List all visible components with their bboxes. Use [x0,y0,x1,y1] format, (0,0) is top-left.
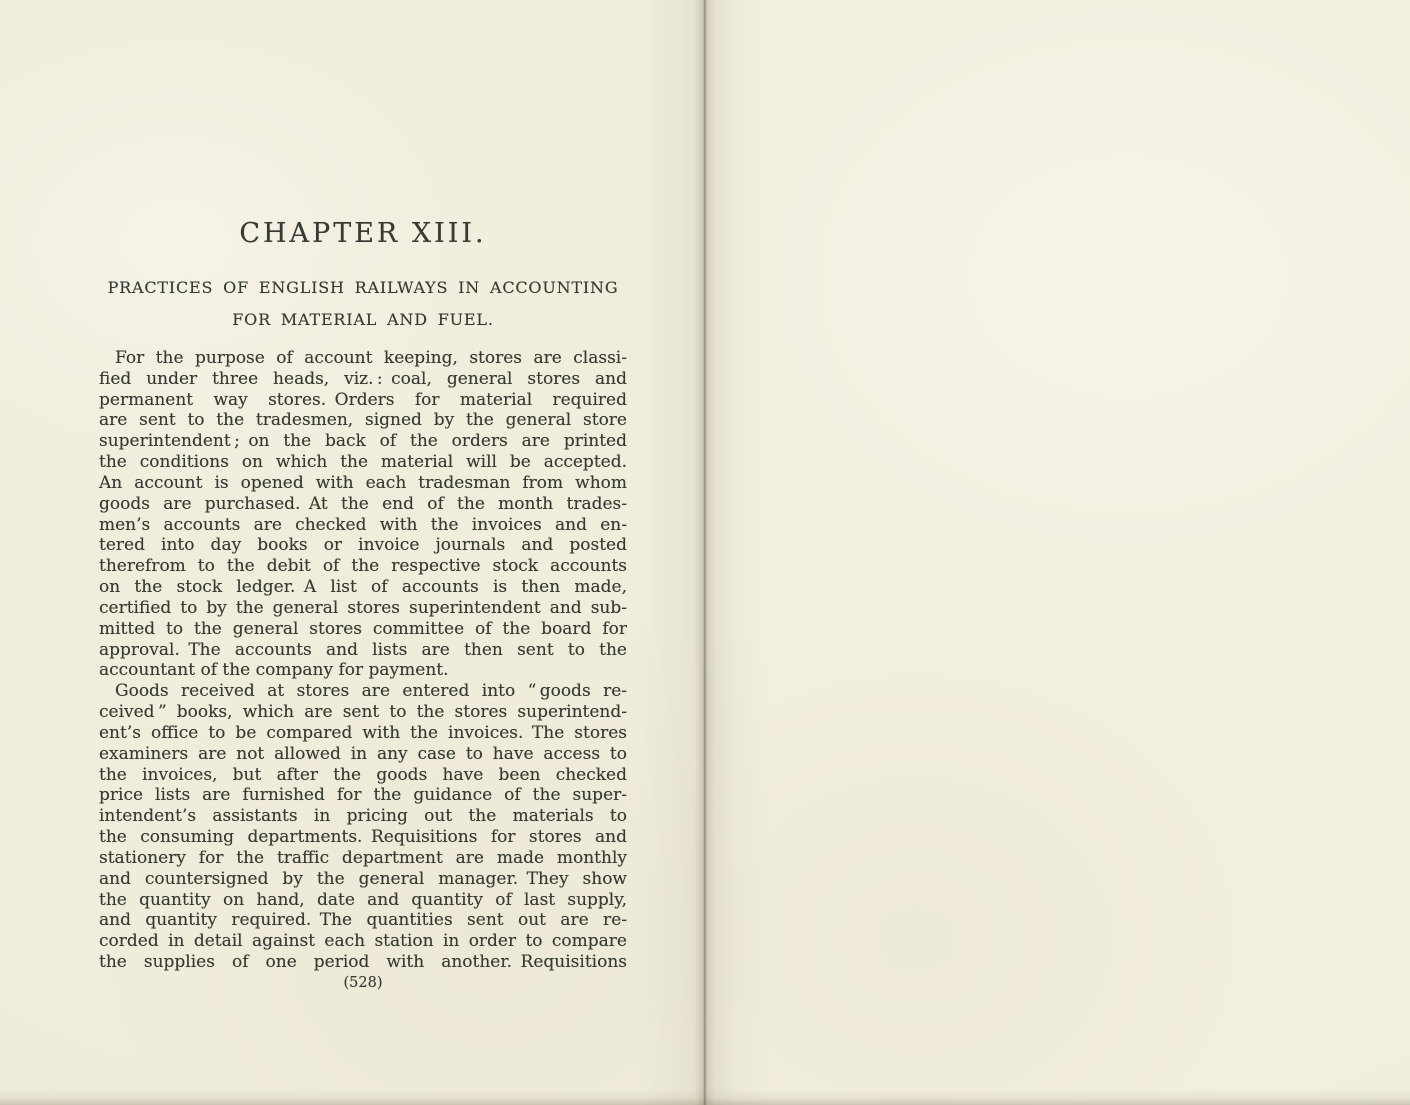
chapter-heading: CHAPTER XIII. [99,218,627,249]
text-line: the consuming departments. Requisitions … [99,827,627,848]
text-line: certified to by the general stores super… [99,598,627,619]
book-spread: CHAPTER XIII. PRACTICES OF ENGLISH RAILW… [0,0,1410,1105]
text-line: examiners are not allowed in any case to… [99,744,627,765]
right-page: ACCOUNTING FOR MATERIAL IN ENGLAND. 529 … [705,0,1410,1105]
text-line: and countersigned by the general manager… [99,869,627,890]
chapter-subtitle: PRACTICES OF ENGLISH RAILWAYS IN ACCOUNT… [88,272,638,336]
text-line: and quantity required. The quantities se… [99,910,627,931]
text-line: on the stock ledger. A list of accounts … [99,577,627,598]
text-line: are sent to the tradesmen, signed by the… [99,410,627,431]
text-line: price lists are furnished for the guidan… [99,785,627,806]
chapter-subtitle-line-2: FOR MATERIAL AND FUEL. [88,304,638,336]
left-page-body: For the purpose of account keeping, stor… [99,348,627,973]
text-line: superintendent ; on the back of the orde… [99,431,627,452]
text-line: goods are purchased. At the end of the m… [99,494,627,515]
text-line: For the purpose of account keeping, stor… [99,348,627,369]
text-line: the supplies of one period with another.… [99,952,627,973]
text-line: mitted to the general stores committee o… [99,619,627,640]
text-line: the invoices, but after the goods have b… [99,765,627,786]
text-line: Goods received at stores are entered int… [99,681,627,702]
chapter-subtitle-line-1: PRACTICES OF ENGLISH RAILWAYS IN ACCOUNT… [88,272,638,304]
text-line: ceived ” books, which are sent to the st… [99,702,627,723]
text-line: men’s accounts are checked with the invo… [99,515,627,536]
left-page: CHAPTER XIII. PRACTICES OF ENGLISH RAILW… [0,0,705,1105]
text-line: corded in detail against each station in… [99,931,627,952]
text-line: the quantity on hand, date and quantity … [99,890,627,911]
text-line: intendent’s assistants in pricing out th… [99,806,627,827]
text-line: stationery for the traffic department ar… [99,848,627,869]
text-line: fied under three heads, viz. : coal, gen… [99,369,627,390]
text-line: An account is opened with each tradesman… [99,473,627,494]
text-line: tered into day books or invoice journals… [99,535,627,556]
text-line: approval. The accounts and lists are the… [99,640,627,661]
text-line: permanent way stores. Orders for materia… [99,390,627,411]
text-line: accountant of the company for payment. [99,660,627,681]
text-line: the conditions on which the material wil… [99,452,627,473]
text-line: ent’s office to be compared with the inv… [99,723,627,744]
text-line: therefrom to the debit of the respective… [99,556,627,577]
left-page-number: (528) [99,975,627,991]
